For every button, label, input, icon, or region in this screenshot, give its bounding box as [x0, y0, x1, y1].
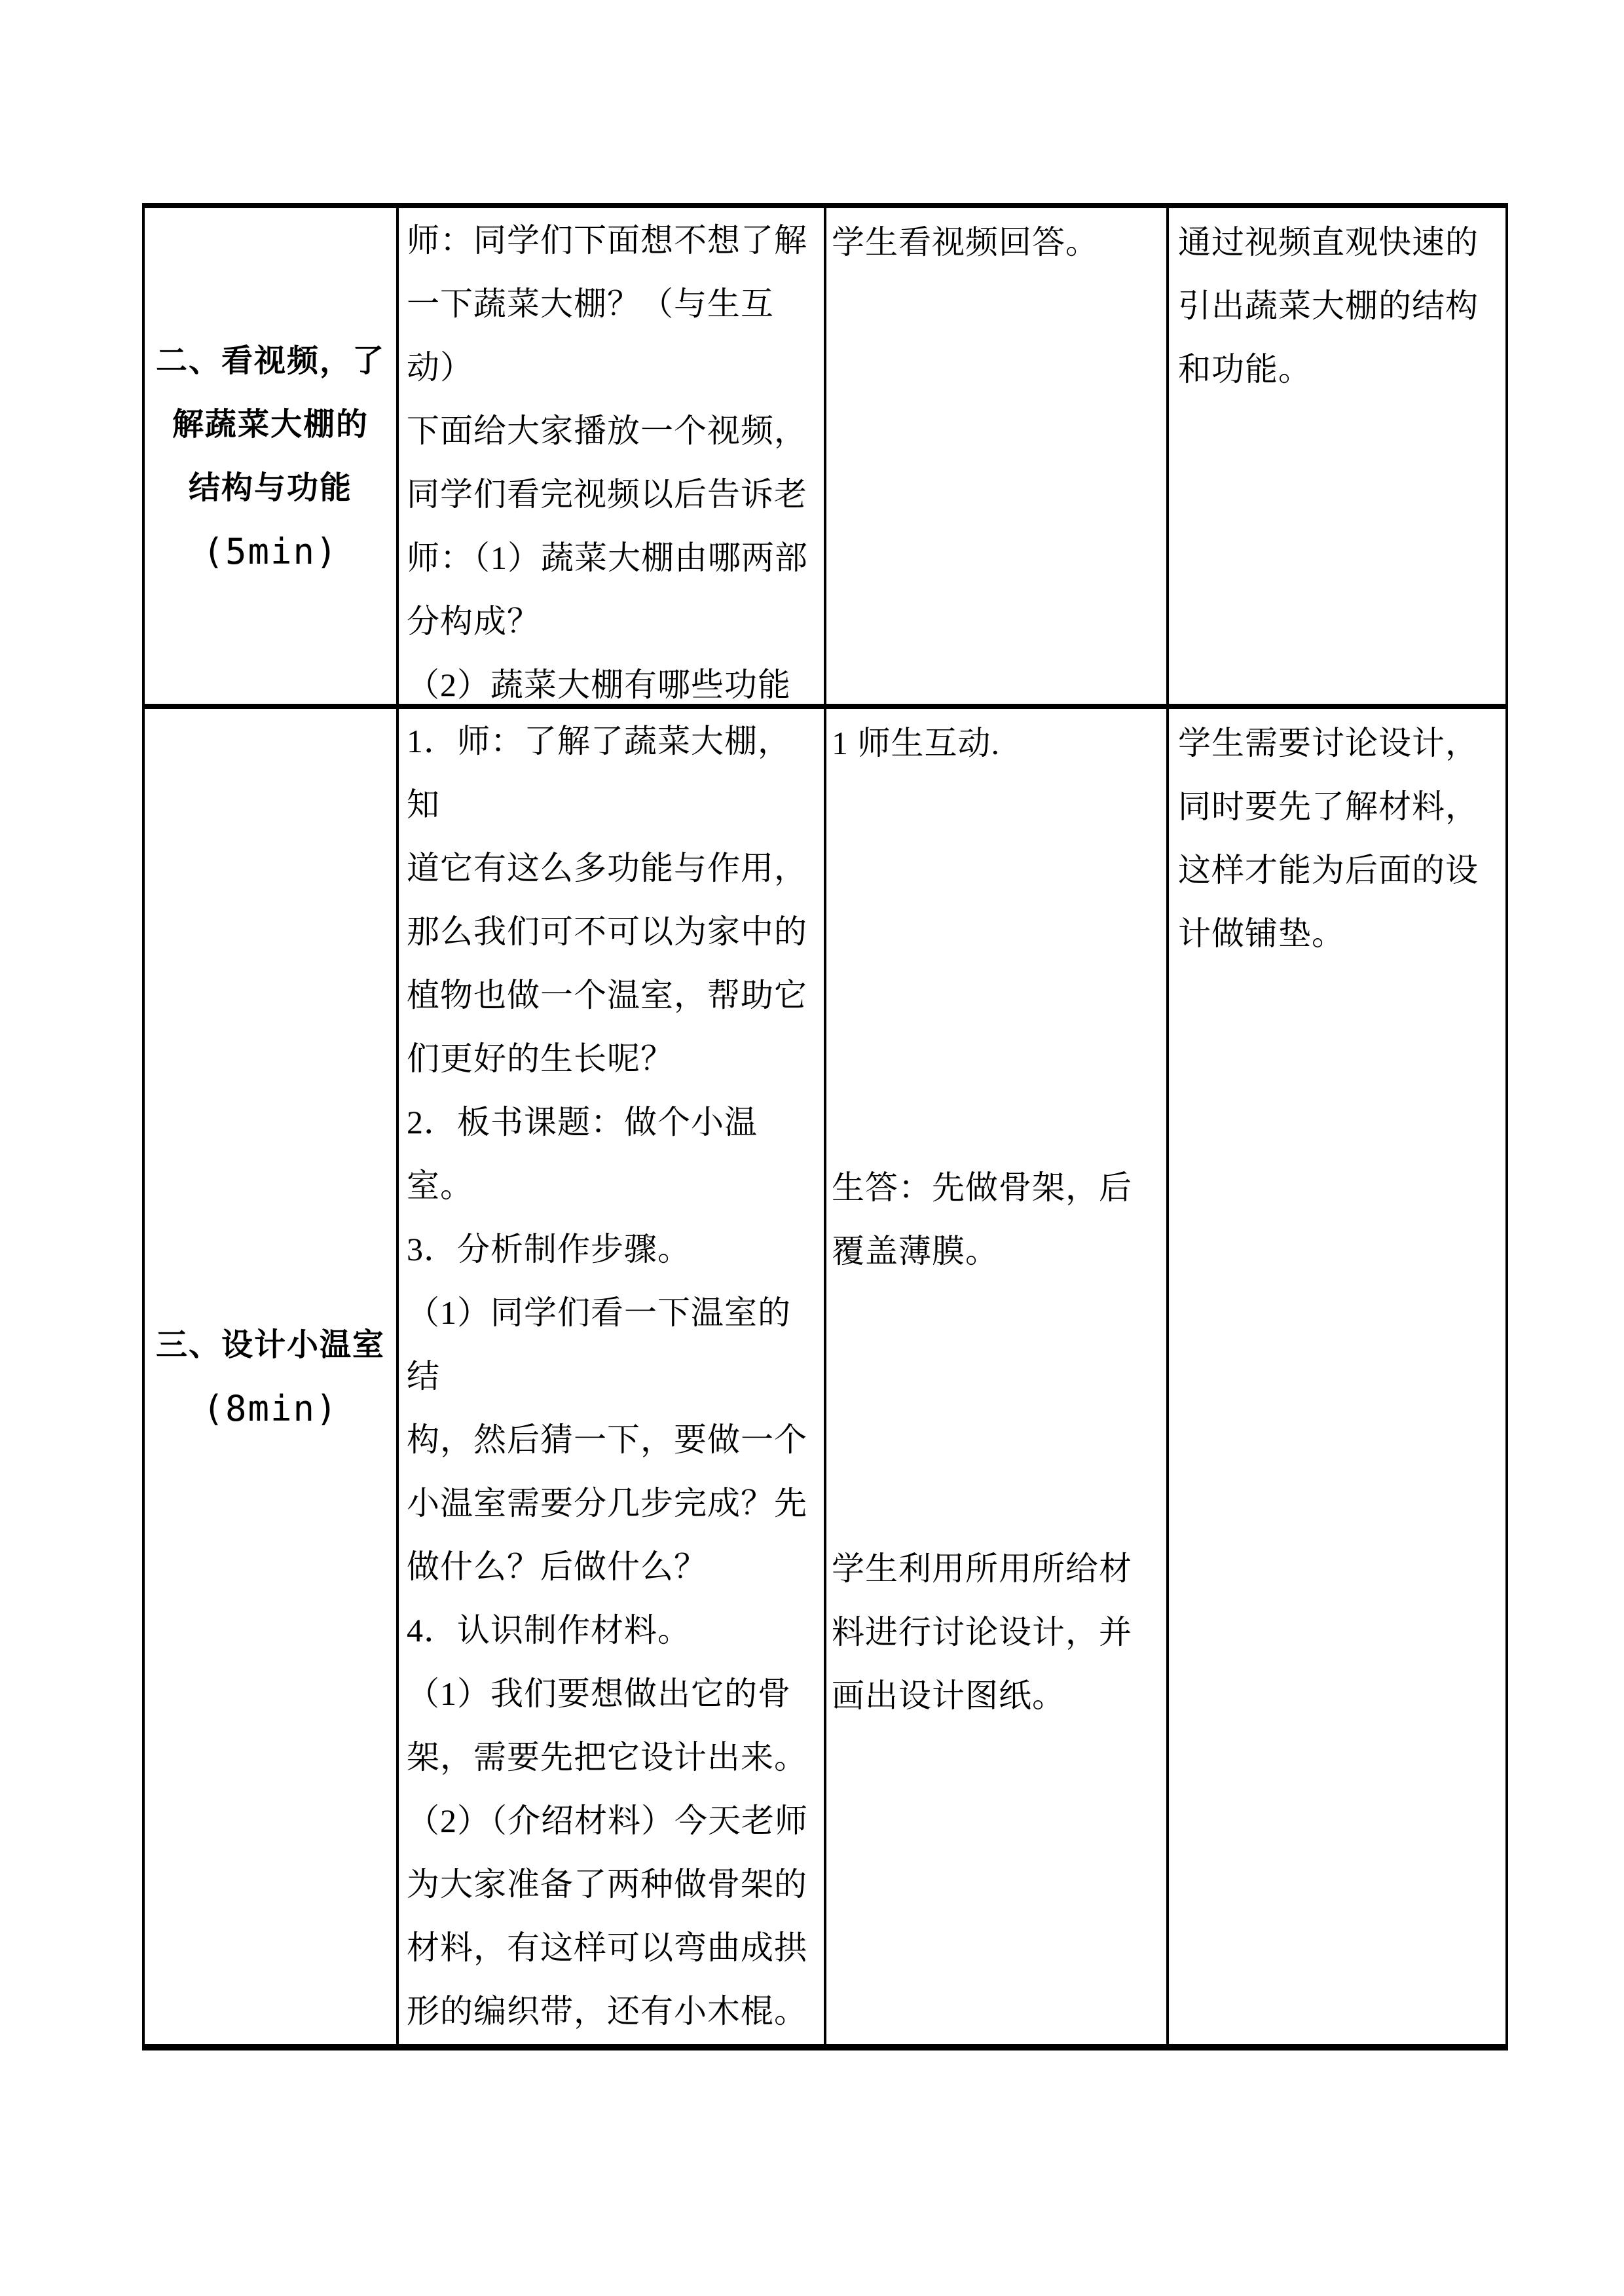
stage-duration-row1: (5min): [202, 520, 338, 583]
table-cell-student-activity-row1: 学生看视频回答。: [826, 208, 1169, 709]
table-cell-teacher-activity-row1: 师：同学们下面想不想了解 一下蔬菜大棚？（与生互动） 下面给大家播放一个视频， …: [399, 208, 826, 709]
stage-title-row2: 三、设计小温室: [156, 1313, 385, 1377]
table-cell-design-intent-row2: 学生需要讨论设计， 同时要先了解材料， 这样才能为后面的设 计做铺垫。: [1169, 709, 1505, 2044]
stage-duration-row2: (8min): [202, 1377, 338, 1440]
lesson-plan-table: 二、看视频，了 解蔬菜大棚的 结构与功能 (5min) 师：同学们下面想不想了解…: [142, 203, 1508, 2050]
table-cell-teacher-activity-row2: 1．师：了解了蔬菜大棚，知 道它有这么多功能与作用， 那么我们可不可以为家中的 …: [399, 709, 826, 2044]
table-cell-design-intent-row1: 通过视频直观快速的 引出蔬菜大棚的结构 和功能。: [1169, 208, 1505, 709]
table-cell-student-activity-row2: 1 师生互动. 生答：先做骨架，后 覆盖薄膜。 学生利用所用所给材 料进行讨论设…: [826, 709, 1169, 2044]
stage-title-row1: 二、看视频，了 解蔬菜大棚的 结构与功能: [156, 329, 385, 520]
table-cell-stage-row2: 三、设计小温室 (8min): [145, 709, 399, 2044]
document-page: 二、看视频，了 解蔬菜大棚的 结构与功能 (5min) 师：同学们下面想不想了解…: [0, 0, 1624, 2296]
table-cell-stage-row1: 二、看视频，了 解蔬菜大棚的 结构与功能 (5min): [145, 208, 399, 709]
